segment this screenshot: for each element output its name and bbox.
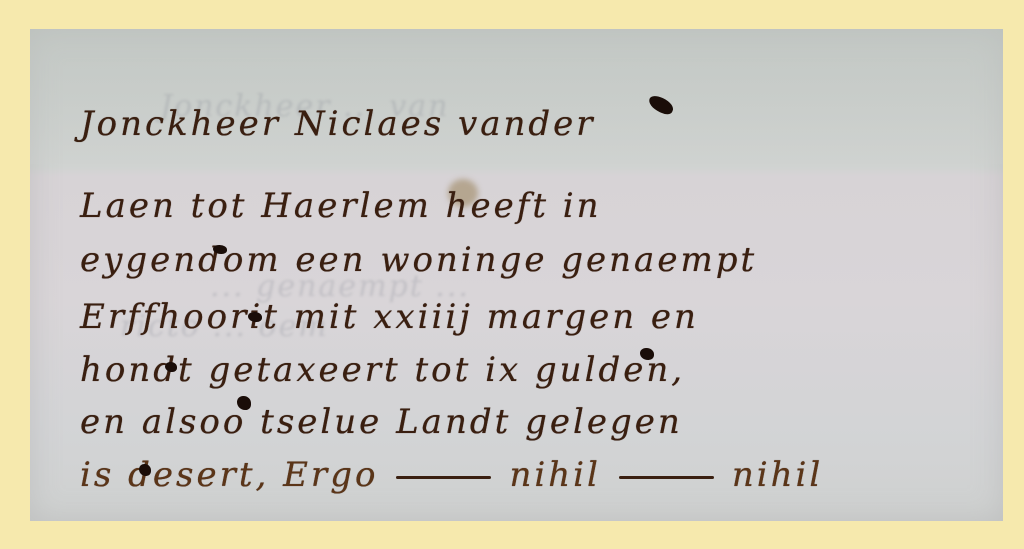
ink-blot — [248, 312, 262, 322]
manuscript-line-2: Laen tot Haerlem heeft in — [80, 186, 602, 226]
manuscript-line-4: Erffhoorit mit xxiiij margen en — [80, 297, 699, 337]
entry-nihil-1: nihil — [509, 455, 600, 495]
ink-blot — [237, 396, 251, 410]
ink-blot — [165, 362, 177, 372]
ink-blot — [213, 245, 227, 254]
ink-blot — [139, 464, 151, 476]
manuscript-line-6: en alsoo tselue Landt gelegen — [80, 402, 683, 442]
entry-nihil-2: nihil — [732, 455, 823, 495]
line-prefix: is desert, Ergo — [80, 455, 378, 495]
dash-separator — [619, 476, 714, 479]
manuscript-line-1: Jonckheer Niclaes vander — [80, 104, 596, 144]
manuscript-line-3: eygendom een woninge genaempt — [80, 240, 757, 280]
dash-separator — [396, 476, 491, 479]
ink-blot — [640, 348, 654, 360]
manuscript-line-7: is desert, Ergonihilnihil — [80, 455, 823, 495]
